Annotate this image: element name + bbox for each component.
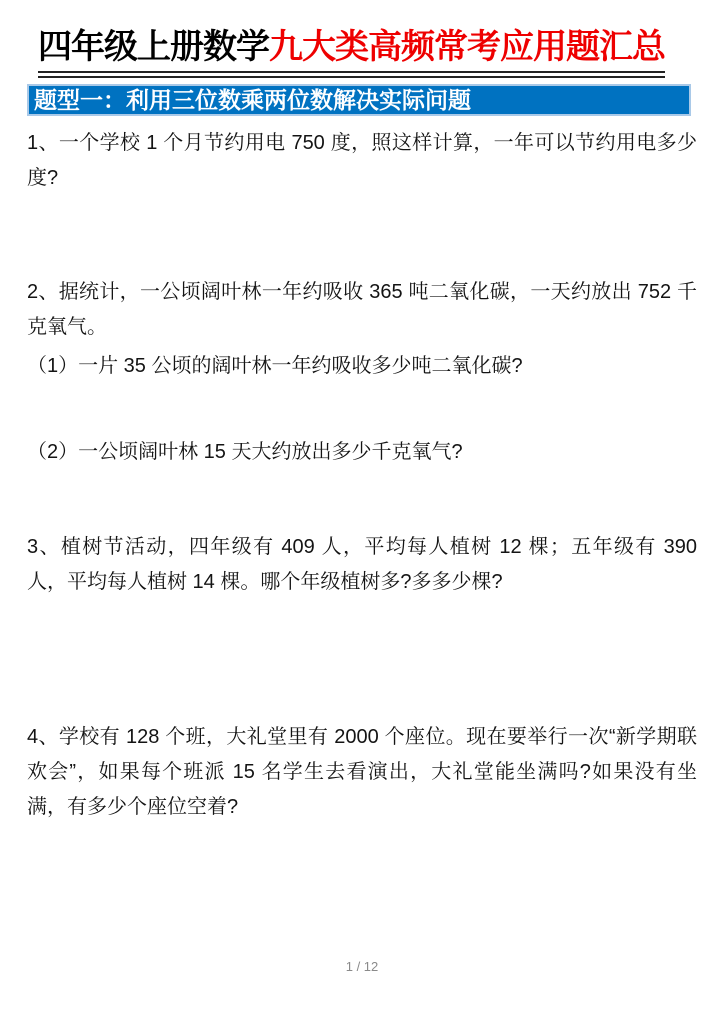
document-title-black-part: 四年级上册数学 xyxy=(38,28,269,66)
problem-2-subquestion-2: （2）一公顷阔叶林 15 天大约放出多少千克氧气? xyxy=(27,435,697,470)
document-title: 四年级上册数学九大类高频常考应用题汇总 xyxy=(38,26,665,78)
page-number-indicator: 1 / 12 xyxy=(0,959,724,974)
problem-2-text: 2、据统计，一公顷阔叶林一年约吸收 365 吨二氧化碳，一天约放出 752 千克… xyxy=(27,275,697,345)
worksheet-page: 四年级上册数学九大类高频常考应用题汇总 题型一：利用三位数乘两位数解决实际问题 … xyxy=(0,0,724,1024)
problem-3-text: 3、植树节活动，四年级有 409 人，平均每人植树 12 棵；五年级有 390 … xyxy=(27,530,697,600)
problem-4-text: 4、学校有 128 个班，大礼堂里有 2000 个座位。现在要举行一次“新学期联… xyxy=(27,720,697,825)
problem-2-subquestion-1: （1）一片 35 公顷的阔叶林一年约吸收多少吨二氧化碳? xyxy=(27,349,697,384)
section-type-banner: 题型一：利用三位数乘两位数解决实际问题 xyxy=(27,84,691,116)
document-title-red-part: 九大类高频常考应用题汇总 xyxy=(269,28,665,66)
problem-1-text: 1、一个学校 1 个月节约用电 750 度，照这样计算，一年可以节约用电多少度? xyxy=(27,126,697,196)
